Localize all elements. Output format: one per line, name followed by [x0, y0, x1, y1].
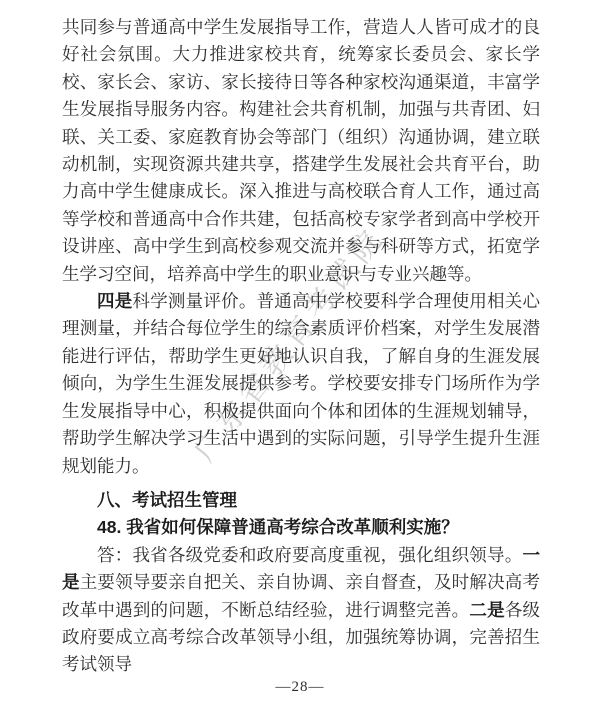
bold-run: 二是	[469, 600, 504, 620]
paragraph: 答：我省各级党委和政府要高度重视，强化组织领导。一是主要领导要亲自把关、亲自协调…	[62, 542, 540, 679]
text-run: 共同参与普通高中学生发展指导工作，营造人人皆可成才的良好社会氛围。大力推进家校共…	[62, 17, 540, 284]
bold-run: 四是	[97, 291, 132, 311]
page-number: —28—	[0, 679, 600, 696]
bold-run: 八、考试招生管理	[97, 490, 237, 510]
document-body: 共同参与普通高中学生发展指导工作，营造人人皆可成才的良好社会氛围。大力推进家校共…	[62, 14, 540, 679]
paragraph: 共同参与普通高中学生发展指导工作，营造人人皆可成才的良好社会氛围。大力推进家校共…	[62, 14, 540, 288]
paragraph: 四是科学测量评价。普通高中学校要科学合理使用相关心理测量，并结合每位学生的综合素…	[62, 288, 540, 480]
text-run: 答：我省各级党委和政府要高度重视，强化组织领导。	[97, 545, 523, 565]
bold-run: 48. 我省如何保障普通高考综合改革顺利实施？	[97, 517, 459, 537]
section-heading: 八、考试招生管理	[62, 487, 540, 514]
text-run: 科学测量评价。普通高中学校要科学合理使用相关心理测量，并结合每位学生的综合素质评…	[62, 291, 540, 475]
document-page: 广东省教育考试院 共同参与普通高中学生发展指导工作，营造人人皆可成才的良好社会氛…	[0, 0, 600, 712]
question-heading: 48. 我省如何保障普通高考综合改革顺利实施？	[62, 514, 540, 541]
